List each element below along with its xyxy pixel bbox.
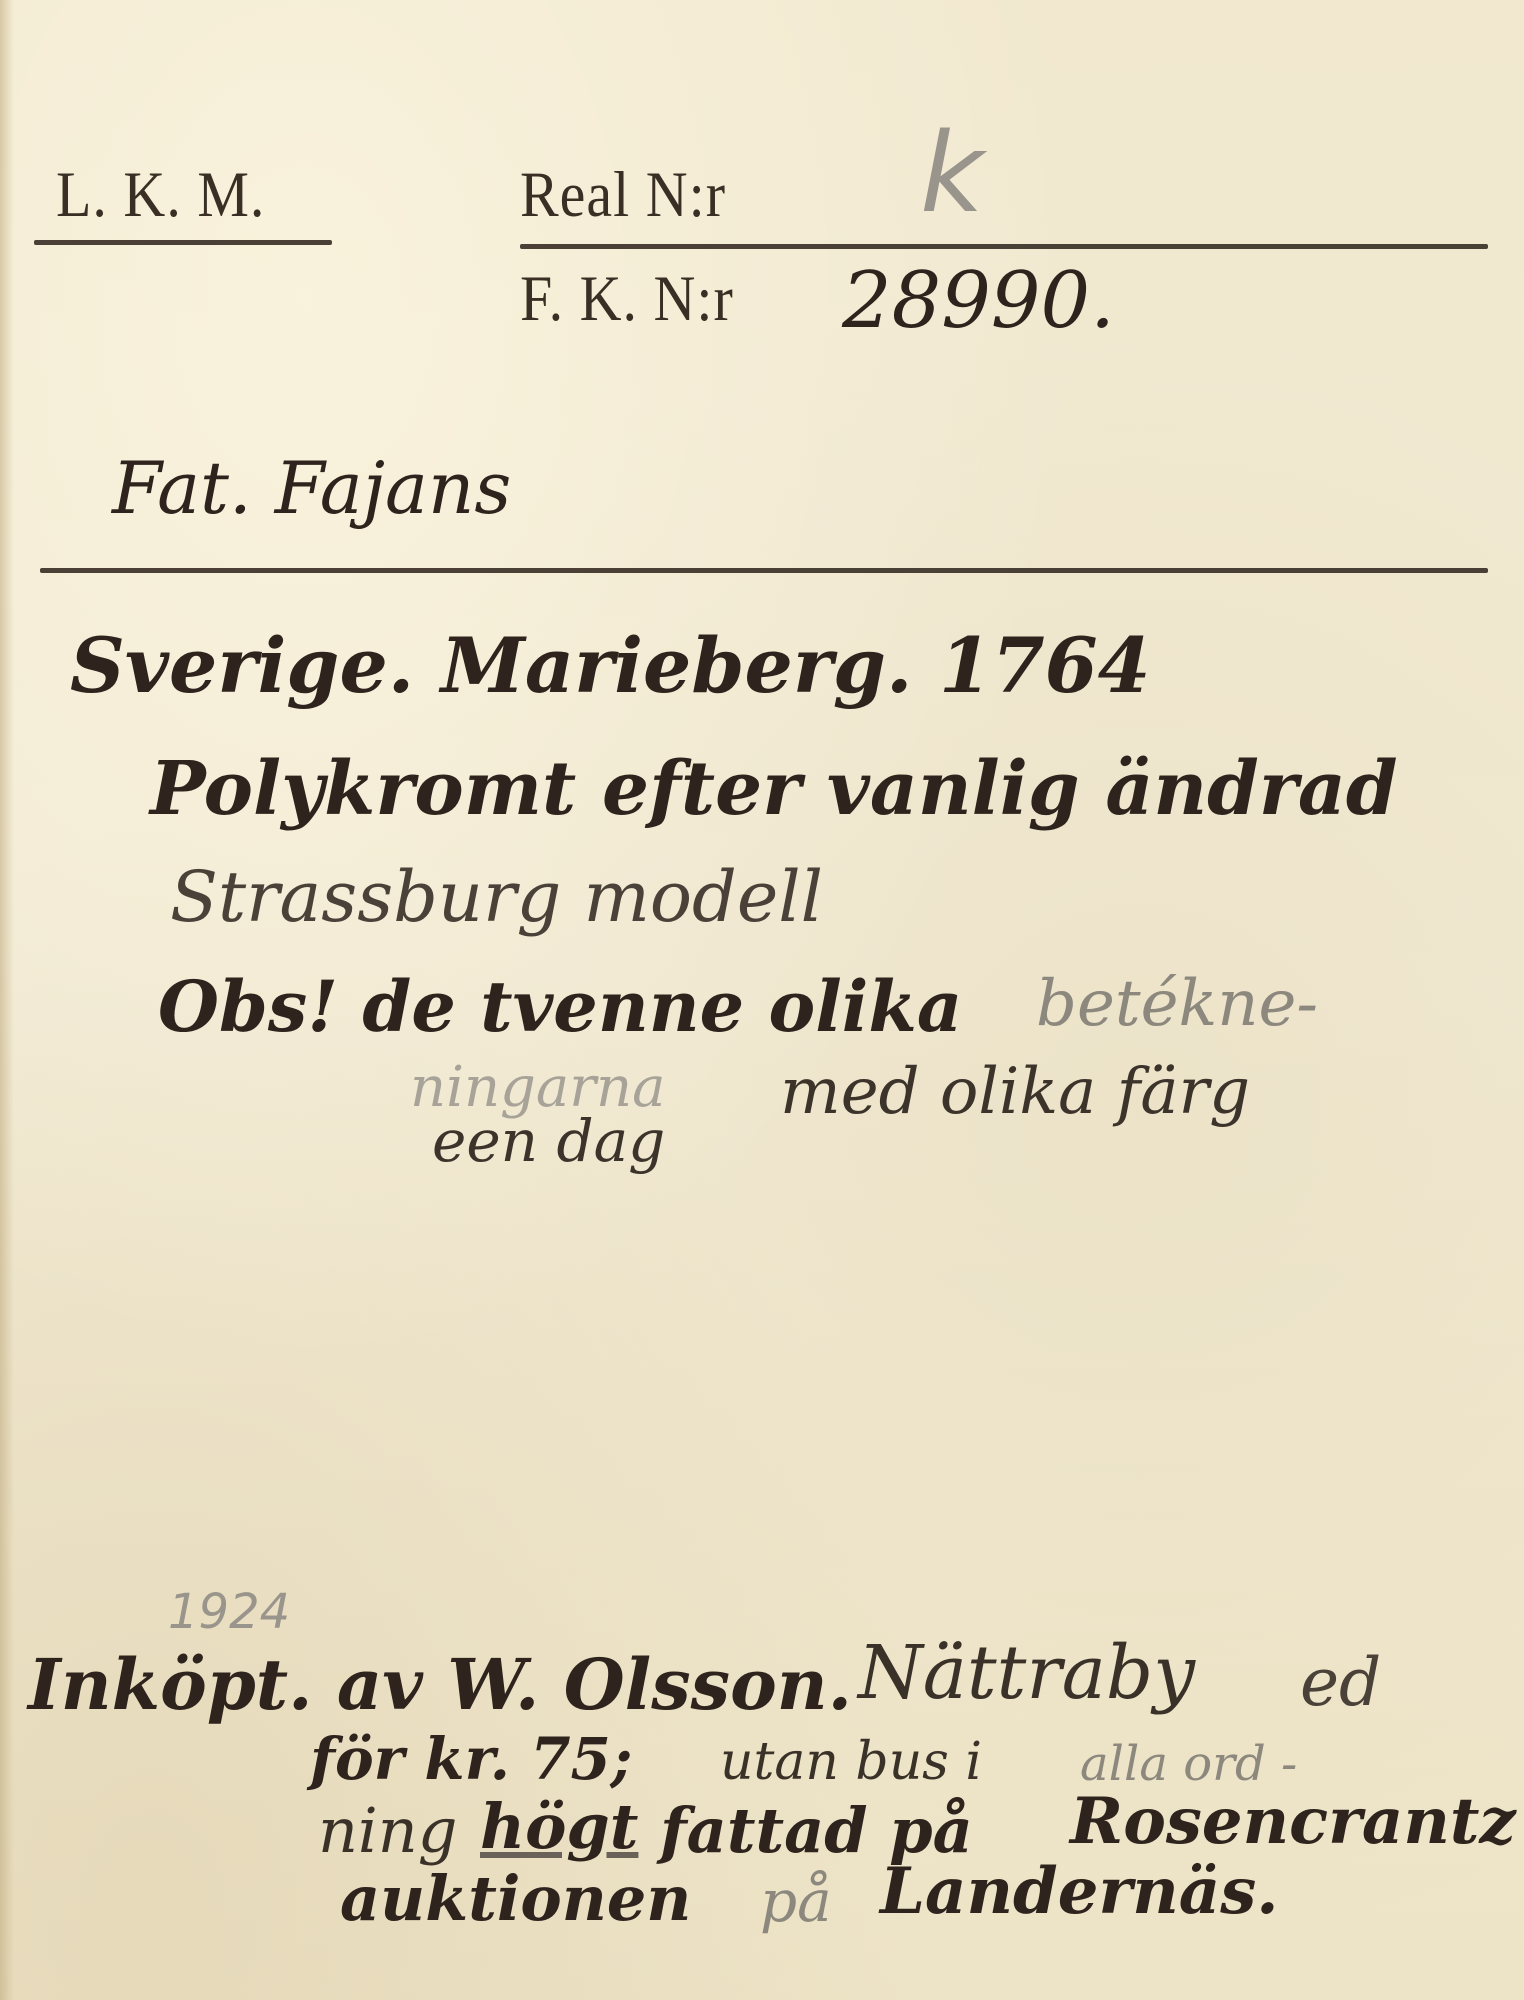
acquisition-line-4c: Landernäs. bbox=[880, 1860, 1279, 1924]
acquisition-line-1a: Inköpt. av W. Olsson. bbox=[28, 1650, 852, 1720]
header-rule-left bbox=[34, 240, 332, 245]
fk-nr-label: F. K. N:r bbox=[520, 266, 734, 331]
note-line-1: Obs! de tvenne olika bbox=[158, 972, 962, 1042]
origin-line: Sverige. Marieberg. 1764 bbox=[70, 628, 1150, 704]
note-line-1-tail: betékne- bbox=[1036, 972, 1318, 1036]
header-rule-right bbox=[520, 244, 1488, 249]
acquisition-line-2c: alla ord - bbox=[1080, 1740, 1297, 1788]
real-nr-value: k bbox=[920, 118, 984, 228]
description-line-2: Strassburg modell bbox=[170, 862, 823, 932]
acquisition-line-3c: fattad på bbox=[660, 1800, 973, 1862]
acquisition-line-4b: på bbox=[760, 1872, 832, 1930]
note-line-3: een dag bbox=[432, 1112, 665, 1170]
fk-nr-value: 28990. bbox=[842, 262, 1115, 340]
acquisition-line-2b: utan bus i bbox=[720, 1736, 982, 1788]
museum-label: L. K. M. bbox=[56, 162, 265, 227]
acquisition-line-2a: för kr. 75; bbox=[310, 1730, 632, 1788]
real-nr-label: Real N:r bbox=[520, 162, 726, 227]
acquisition-line-1b: Nättraby bbox=[858, 1636, 1195, 1710]
acquisition-line-3a: ning bbox=[318, 1800, 457, 1862]
category-text: Fat. Fajans bbox=[112, 452, 511, 524]
acquisition-line-1c: ed bbox=[1300, 1650, 1381, 1716]
paper-edge-shadow bbox=[0, 0, 14, 2000]
category-rule bbox=[40, 568, 1488, 573]
acquisition-line-4a: auktionen bbox=[340, 1868, 691, 1930]
pencil-year: 1924 bbox=[168, 1588, 290, 1636]
description-line-1: Polykromt efter vanlig ändrad bbox=[150, 752, 1398, 826]
acquisition-line-3d: Rosencrantz bbox=[1070, 1790, 1516, 1854]
note-line-2: med olika färg bbox=[780, 1060, 1250, 1124]
acquisition-line-3b: högt bbox=[480, 1796, 638, 1858]
